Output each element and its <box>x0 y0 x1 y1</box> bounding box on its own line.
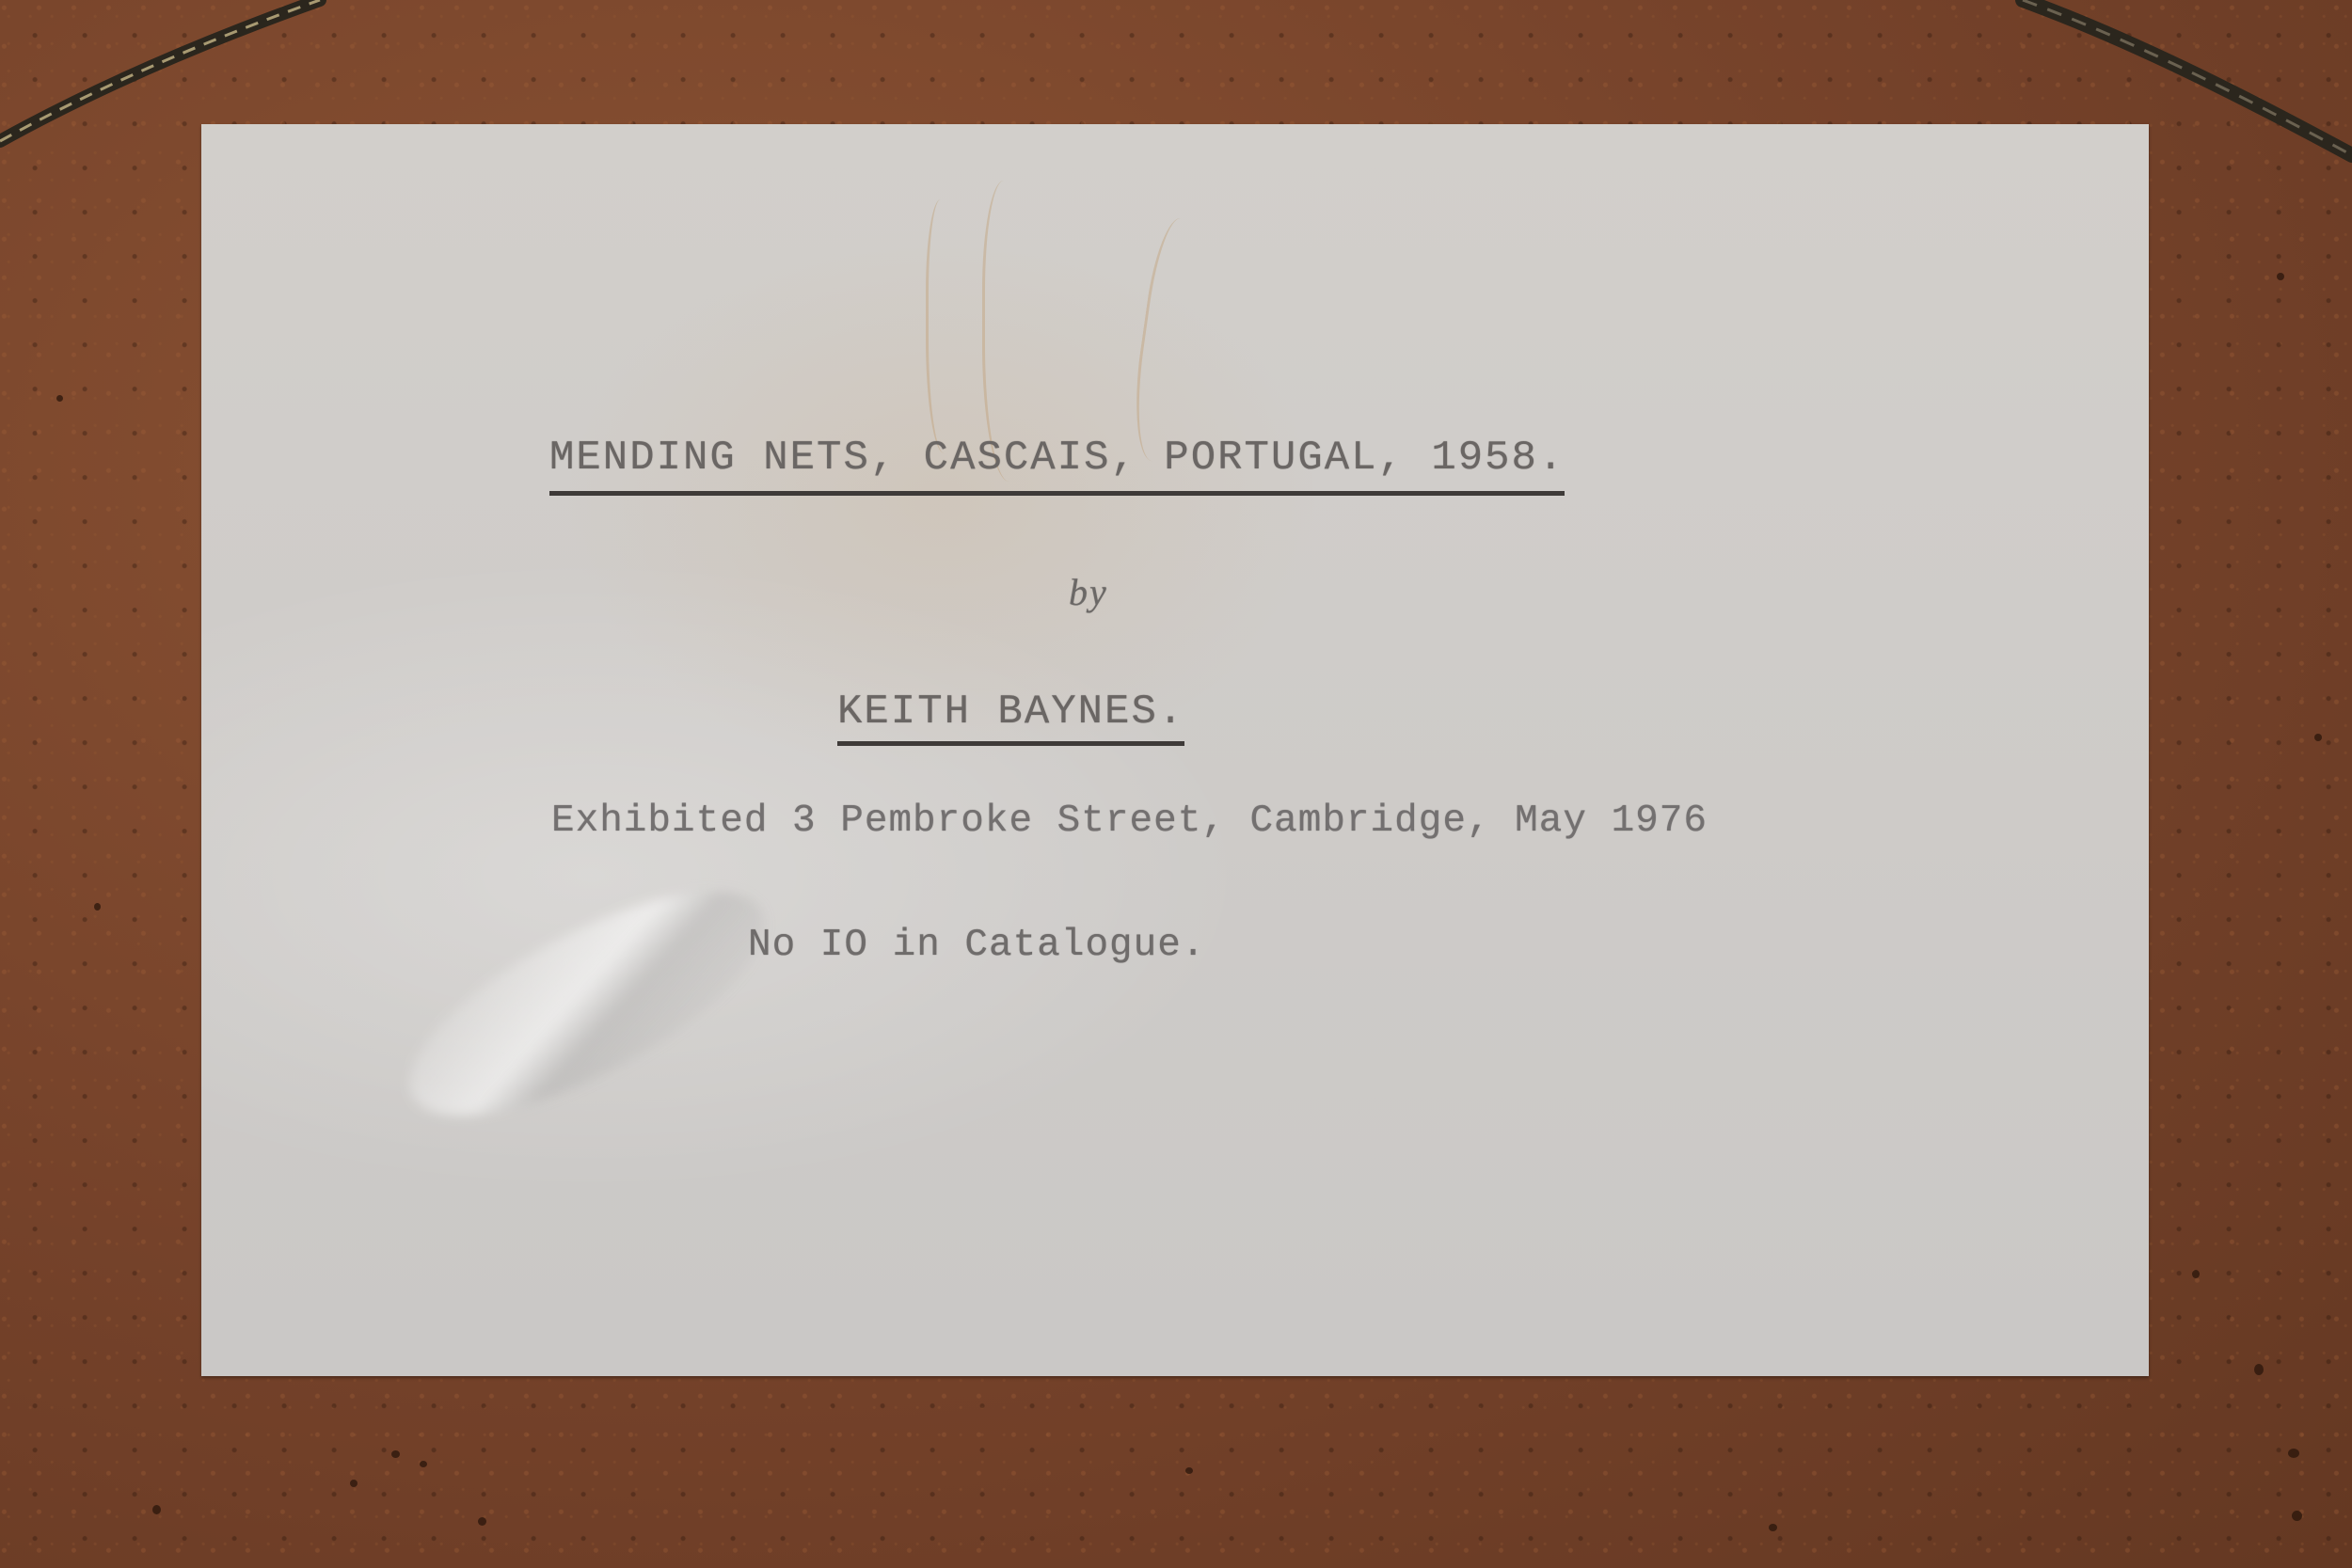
catalogue-number: No IO in Catalogue. <box>748 924 1205 967</box>
artwork-title: MENDING NETS, CASCAIS, PORTUGAL, 1958. <box>549 435 1565 496</box>
speck <box>391 1450 400 1458</box>
speck <box>2292 1511 2302 1521</box>
speck <box>56 395 63 402</box>
speck <box>2192 1270 2200 1278</box>
water-stain <box>1125 215 1218 466</box>
speck <box>1769 1524 1777 1531</box>
speck <box>152 1505 161 1514</box>
speck <box>2288 1449 2299 1458</box>
speck <box>420 1461 427 1467</box>
exhibition-info: Exhibited 3 Pembroke Street, Cambridge, … <box>551 800 1708 843</box>
speck <box>2314 734 2322 741</box>
water-stain <box>926 199 966 453</box>
speck <box>478 1517 486 1526</box>
by-text: by <box>1069 570 1108 614</box>
speck <box>1185 1467 1193 1474</box>
speck <box>2277 273 2284 280</box>
paper-crease <box>379 848 794 1159</box>
speck <box>2254 1364 2264 1375</box>
typewritten-label: MENDING NETS, CASCAIS, PORTUGAL, 1958. b… <box>201 124 2149 1376</box>
speck <box>350 1480 358 1487</box>
artist-name: KEITH BAYNES. <box>837 689 1184 746</box>
speck <box>94 903 101 911</box>
